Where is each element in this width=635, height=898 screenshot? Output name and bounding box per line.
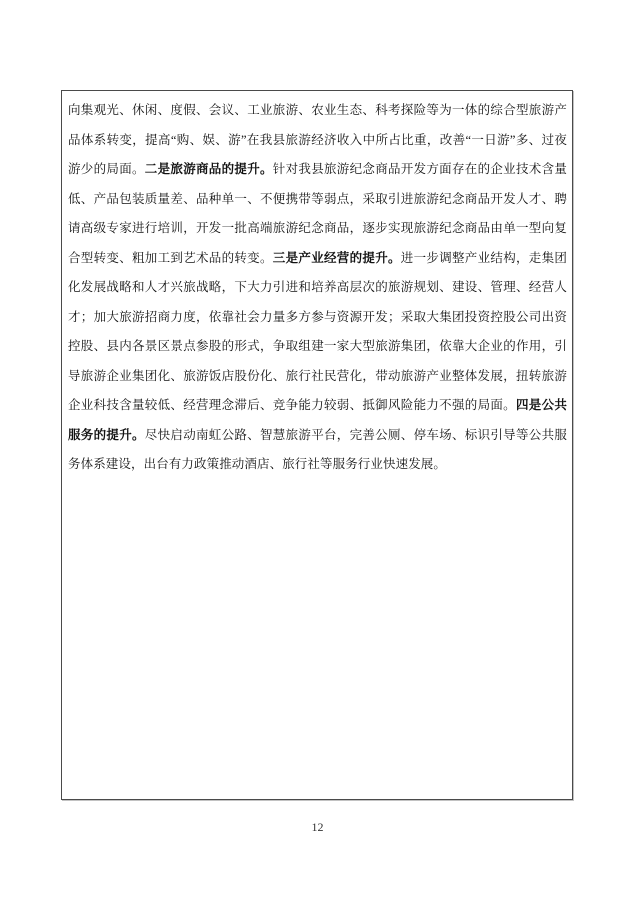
document-page: 向集观光、休闲、度假、会议、工业旅游、农业生态、科考探险等为一体的综合型旅游产品…: [0, 0, 635, 898]
table-cell: 向集观光、休闲、度假、会议、工业旅游、农业生态、科考探险等为一体的综合型旅游产品…: [61, 90, 573, 800]
text-run: 进一步调整产业结构，走集团化发展战略和人才兴旅战略，下大力引进和培养高层次的旅游…: [68, 251, 567, 413]
page-number: 12: [0, 820, 635, 835]
text-run-heading-3: 三是产业经营的提升。: [273, 251, 401, 265]
text-run: 针对我县旅游纪念商品开发方面存在的企业技术含量低、产品包装质量差、品种单一、不便…: [68, 162, 567, 265]
text-run-heading-2: 二是旅游商品的提升。: [145, 162, 273, 176]
paragraph: 向集观光、休闲、度假、会议、工业旅游、农业生态、科考探险等为一体的综合型旅游产品…: [62, 91, 572, 480]
